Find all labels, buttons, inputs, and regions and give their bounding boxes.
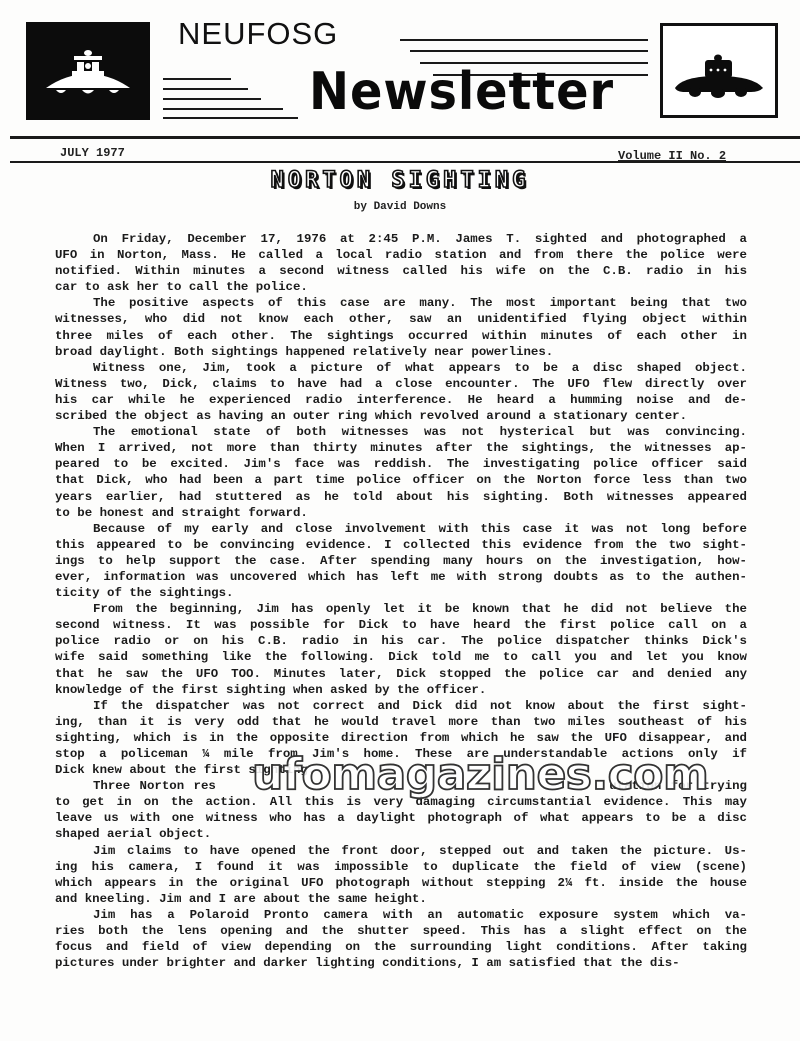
- article-paragraph: The emotional state of both witnesses wa…: [55, 424, 747, 521]
- issue-divider: [10, 161, 800, 163]
- article-paragraph: Jim has a Polaroid Pronto camera with an…: [55, 907, 747, 971]
- text-line: three miles of each other. The sightings…: [55, 328, 747, 344]
- text-line: shaped aerial object.: [55, 826, 747, 842]
- text-line: Dick knew about the first sighting.: [55, 762, 747, 778]
- text-line: second witness. It was possible for Dick…: [55, 617, 747, 633]
- article-paragraph: Jim claims to have opened the front door…: [55, 843, 747, 907]
- text-line: UFO in Norton, Mass. He called a local r…: [55, 247, 747, 263]
- text-line: Because of my early and close involvemen…: [55, 521, 747, 537]
- text-line: Jim claims to have opened the front door…: [55, 843, 747, 859]
- text-line: notified. Within minutes a second witnes…: [55, 263, 747, 279]
- header-rule: [400, 39, 648, 41]
- header-rule: [163, 117, 298, 119]
- text-line: this appeared to be convincing evidence.…: [55, 537, 747, 553]
- header-rule: [163, 108, 283, 110]
- text-line: ever, information was uncovered which ha…: [55, 569, 747, 585]
- text-line: to be honest and straight forward.: [55, 505, 747, 521]
- text-line: Three Norton res utation for trying: [55, 778, 747, 794]
- article-paragraph: If the dispatcher was not correct and Di…: [55, 698, 747, 778]
- header-rule: [410, 50, 648, 52]
- article-paragraph: Because of my early and close involvemen…: [55, 521, 747, 601]
- text-line: If the dispatcher was not correct and Di…: [55, 698, 747, 714]
- text-line: Jim has a Polaroid Pronto camera with an…: [55, 907, 747, 923]
- text-line: stop a policeman ¼ mile from Jim's home.…: [55, 746, 747, 762]
- text-line: Witness two, Dick, claims to have had a …: [55, 376, 747, 392]
- text-line: broad daylight. Both sightings happened …: [55, 344, 747, 360]
- text-line: ticity of the sightings.: [55, 585, 747, 601]
- text-line: car to ask her to call the police.: [55, 279, 747, 295]
- text-line: police radio or on his C.B. radio in his…: [55, 633, 747, 649]
- article-paragraph: From the beginning, Jim has openly let i…: [55, 601, 747, 698]
- text-line: The positive aspects of this case are ma…: [55, 295, 747, 311]
- ufo-silhouette-icon: [660, 23, 778, 118]
- text-line: ries both the lens opening and the shutt…: [55, 923, 747, 939]
- issue-date: JULY 1977: [60, 146, 125, 160]
- masthead: NEUFOSG Newsletter: [0, 0, 800, 140]
- text-line: years earlier, had stuttered as he told …: [55, 489, 747, 505]
- text-line: knowledge of the first sighting when ask…: [55, 682, 747, 698]
- header-rule: [163, 98, 261, 100]
- text-line: that Dick, who had been a part time poli…: [55, 472, 747, 488]
- text-line: ing, than it is very odd that he would t…: [55, 714, 747, 730]
- article-byline: by David Downs: [0, 201, 800, 213]
- article-title: NORTON SIGHTING: [0, 170, 800, 192]
- text-line: peared to be excited. Jim's face was red…: [55, 456, 747, 472]
- text-line: wife said something like the following. …: [55, 649, 747, 665]
- text-line: On Friday, December 17, 1976 at 2:45 P.M…: [55, 231, 747, 247]
- text-line: sighting, which is in the opposite direc…: [55, 730, 747, 746]
- text-line: to get in on the action. All this is ver…: [55, 794, 747, 810]
- text-line: From the beginning, Jim has openly let i…: [55, 601, 747, 617]
- text-line: which appears in the original UFO photog…: [55, 875, 747, 891]
- ufo-icon: [26, 22, 150, 120]
- text-line: and kneeling. Jim and I are about the sa…: [55, 891, 747, 907]
- text-line: that he saw the UFO TOO. Minutes later, …: [55, 666, 747, 682]
- article-paragraph: The positive aspects of this case are ma…: [55, 295, 747, 359]
- article-paragraph: Three Norton res utation for tryingto ge…: [55, 778, 747, 842]
- article-paragraph: On Friday, December 17, 1976 at 2:45 P.M…: [55, 231, 747, 295]
- masthead-divider: [10, 136, 800, 139]
- text-line: pictures under brighter and darker light…: [55, 955, 747, 971]
- text-line: scribed the object as having an outer ri…: [55, 408, 747, 424]
- text-line: his car while he experienced radio inter…: [55, 392, 747, 408]
- text-line: ing his camera, I found it was impossibl…: [55, 859, 747, 875]
- header-rule: [163, 88, 248, 90]
- text-line: focus and field of view depending on the…: [55, 939, 747, 955]
- text-line: Witness one, Jim, took a picture of what…: [55, 360, 747, 376]
- text-line: witnesses, who did not know each other, …: [55, 311, 747, 327]
- text-line: leave us with one witness who has a dayl…: [55, 810, 747, 826]
- text-line: The emotional state of both witnesses wa…: [55, 424, 747, 440]
- article-paragraph: Witness one, Jim, took a picture of what…: [55, 360, 747, 424]
- org-name: NEUFOSG: [178, 18, 338, 49]
- text-line: ings to help support the case. After spe…: [55, 553, 747, 569]
- article-body: On Friday, December 17, 1976 at 2:45 P.M…: [55, 231, 747, 971]
- header-rule: [163, 78, 231, 80]
- newsletter-title: Newsletter: [309, 66, 614, 118]
- text-line: When I arrived, not more than thirty min…: [55, 440, 747, 456]
